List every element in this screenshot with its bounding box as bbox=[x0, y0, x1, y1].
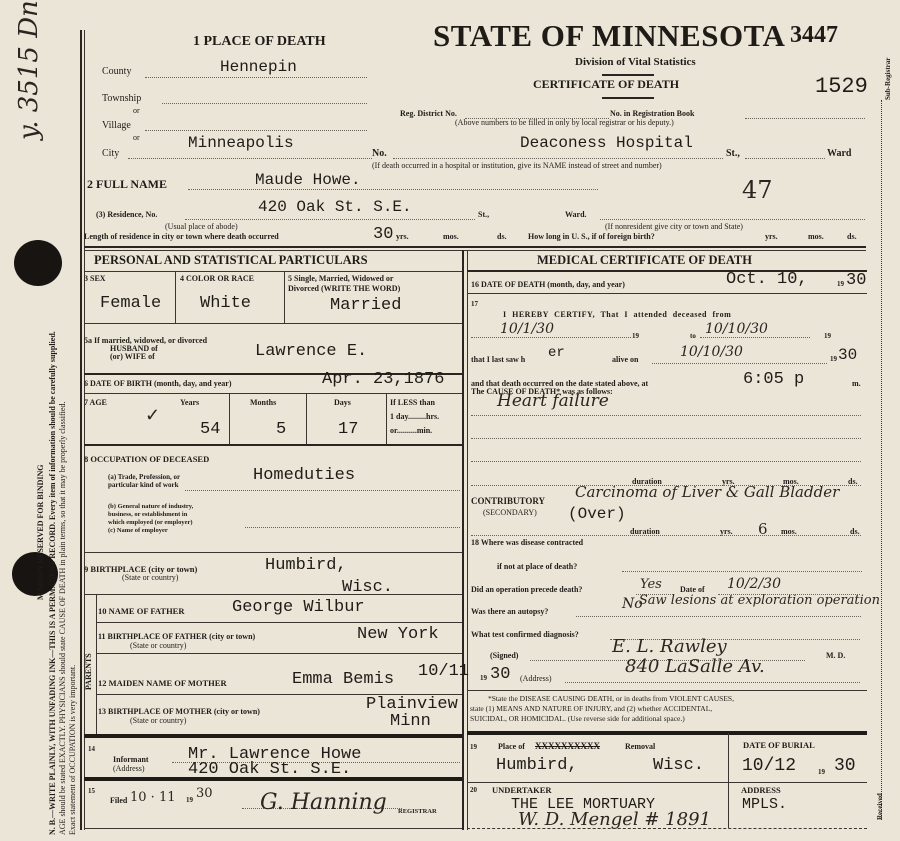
footnote-rule bbox=[467, 731, 867, 735]
age-label: 7 AGE bbox=[84, 398, 107, 407]
age-col-3 bbox=[386, 393, 387, 444]
ward-label: Ward bbox=[827, 148, 851, 159]
removal-suffix: Removal bbox=[625, 742, 655, 751]
ward-line bbox=[745, 158, 825, 159]
row-rule-11 bbox=[84, 777, 462, 781]
footnote-3: SUICIDAL, OR HOMICIDAL. (Use reverse sid… bbox=[470, 714, 685, 723]
bottom-rule-left bbox=[84, 828, 462, 829]
race-value: White bbox=[200, 294, 251, 313]
cause-line-1 bbox=[471, 415, 861, 416]
race-marital-divider bbox=[284, 271, 285, 323]
registrar-label: REGISTRAR bbox=[398, 808, 437, 815]
frame-left-inner bbox=[84, 30, 85, 830]
signed-label: (Signed) bbox=[490, 651, 518, 660]
personal-title-rule bbox=[84, 271, 462, 272]
last-saw-date: 10/10/30 bbox=[680, 344, 743, 360]
margin-warning-line-3: Exact statement of OCCUPATION is very im… bbox=[68, 665, 77, 835]
margin-binding-notice: MARGIN RESERVED FOR BINDING bbox=[36, 464, 45, 600]
contributory-label: CONTRIBUTORY bbox=[471, 496, 545, 506]
occ-b-label-1: (b) General nature of industry, bbox=[108, 503, 193, 510]
registration-book-line bbox=[745, 118, 865, 119]
to-label: to bbox=[690, 332, 696, 340]
one-day-label: 1 day.........hrs. bbox=[390, 412, 439, 421]
age-years-label: Years bbox=[180, 398, 199, 407]
death-time: 6:05 p bbox=[743, 370, 804, 389]
duration-line-2 bbox=[471, 535, 861, 536]
undertaker-address: MPLS. bbox=[742, 796, 787, 813]
undertaker-address-label: ADDRESS bbox=[741, 785, 781, 795]
or-label-1: or bbox=[133, 106, 140, 115]
address-label: (Address) bbox=[520, 674, 552, 683]
column-divider bbox=[462, 250, 464, 830]
signed-19: 19 bbox=[480, 674, 487, 682]
street-st-label: St., bbox=[726, 148, 740, 159]
city-line bbox=[128, 158, 372, 159]
parents-divider bbox=[96, 594, 97, 734]
residence-st-label: St., bbox=[478, 210, 489, 219]
address-rule bbox=[467, 690, 867, 691]
sex-race-divider bbox=[175, 271, 176, 323]
row-rule-3 bbox=[84, 393, 462, 394]
title-rule-bottom bbox=[602, 97, 654, 99]
header-divider bbox=[84, 246, 866, 248]
cert-17-number: 17 bbox=[471, 300, 478, 308]
over-note: (Over) bbox=[568, 505, 626, 523]
occ-b-label-3: which employed (or employer) bbox=[108, 519, 193, 526]
autopsy-label: Was there an autopsy? bbox=[471, 607, 548, 616]
confirmed-value: Saw lesions at exploration operation bbox=[610, 588, 880, 614]
marital-value: Married bbox=[330, 296, 401, 315]
occ-c-label: (c) Name of employer bbox=[108, 527, 168, 534]
duration-ds-1: ds. bbox=[848, 477, 858, 486]
attended-to-19: 19 bbox=[824, 332, 831, 340]
how-long-us-label: How long in U. S., if of foreign birth? bbox=[528, 232, 655, 241]
spouse-label-3: (or) WIFE of bbox=[110, 352, 155, 361]
us-ds-label: ds. bbox=[847, 232, 857, 241]
length-ds-label: ds. bbox=[497, 232, 507, 241]
burial-divider bbox=[728, 733, 729, 828]
county-value: Hennepin bbox=[220, 58, 297, 76]
mother-bp-state: Minn bbox=[390, 712, 431, 731]
industry-line bbox=[245, 527, 460, 528]
attended-from-line bbox=[471, 337, 631, 338]
age-checkmark: ✓ bbox=[145, 405, 160, 426]
attended-from: 10/1/30 bbox=[500, 321, 554, 337]
last-saw-year: 30 bbox=[838, 346, 857, 364]
institution-value: Deaconess Hospital bbox=[520, 134, 693, 152]
physician-signature: E. L. Rawley bbox=[612, 636, 727, 657]
full-name-label: 2 FULL NAME bbox=[87, 177, 167, 192]
undertaker-number: 20 bbox=[470, 786, 477, 794]
township-line bbox=[162, 103, 367, 104]
margin-warning-line-1: N. B.—WRITE PLAINLY, WITH UNFADING INK—T… bbox=[48, 331, 57, 835]
margin-handwritten-note: y. 3515 Dnx bbox=[14, 0, 44, 140]
removal-rule bbox=[467, 782, 867, 783]
signed-year: 30 bbox=[490, 665, 510, 684]
certificate-title: CERTIFICATE OF DEATH bbox=[533, 77, 679, 92]
footnote-2: state (1) MEANS AND NATURE OF INJURY, an… bbox=[470, 704, 712, 713]
cause-line-2 bbox=[471, 438, 861, 439]
removal-number: 19 bbox=[470, 743, 477, 751]
us-mos-label: mos. bbox=[808, 232, 824, 241]
cause-line-3 bbox=[471, 461, 861, 462]
row-rule-6 bbox=[84, 594, 462, 595]
last-saw-her: er bbox=[548, 345, 565, 361]
attended-to-line bbox=[700, 337, 810, 338]
informant-address-label: (Address) bbox=[113, 764, 145, 773]
registrar-note: (Above numbers to be filled in only by l… bbox=[455, 118, 674, 127]
last-saw-label: that I last saw h bbox=[471, 355, 525, 364]
margin-subregistrar: Sub-Registrar bbox=[884, 58, 892, 100]
registrar-signature: G. Hanning bbox=[260, 790, 387, 815]
last-saw-line bbox=[652, 363, 827, 364]
burial-year: 30 bbox=[834, 756, 856, 776]
reg-district-label: Reg. District No. bbox=[400, 109, 457, 118]
residence-ward-label: Ward. bbox=[565, 210, 587, 219]
stamped-number: 3447 bbox=[790, 22, 838, 49]
village-line bbox=[145, 130, 367, 131]
age-years-value: 54 bbox=[200, 420, 220, 439]
birthplace-city: Humbird, bbox=[265, 556, 347, 575]
footnote-1: *State the DISEASE CAUSING DEATH, or in … bbox=[488, 694, 734, 703]
contributory-value: Carcinoma of Liver & Gall Bladder bbox=[575, 483, 839, 501]
autopsy-line bbox=[576, 616, 861, 617]
title-rule-top bbox=[602, 74, 654, 76]
street-no-label: No. bbox=[372, 148, 387, 159]
residence-value: 420 Oak St. S.E. bbox=[258, 198, 412, 216]
or-min-label: or..........min. bbox=[390, 426, 432, 435]
sex-value: Female bbox=[100, 294, 161, 313]
row-rule-4 bbox=[84, 444, 462, 446]
county-line bbox=[145, 77, 367, 78]
marital-label-1: 5 Single, Married, Widowed or bbox=[288, 274, 393, 283]
less-than-label: If LESS than bbox=[390, 398, 435, 407]
full-name-line bbox=[188, 189, 598, 190]
dob-label: 6 DATE OF BIRTH (month, day, and year) bbox=[84, 379, 232, 388]
filed-date: 10 · 11 bbox=[130, 790, 175, 805]
occupation-value: Homeduties bbox=[253, 466, 355, 485]
removal-city: Humbird, bbox=[496, 756, 578, 775]
filed-year: 30 bbox=[196, 786, 213, 801]
contributory-months: 6 bbox=[758, 520, 768, 538]
age-col-1 bbox=[229, 393, 230, 444]
certificate-number: 1529 bbox=[815, 74, 868, 99]
occupation-line bbox=[185, 490, 460, 491]
secondary-label: (SECONDARY) bbox=[483, 508, 537, 517]
column-divider-2 bbox=[467, 250, 468, 830]
cause-value: Heart failure bbox=[497, 391, 609, 411]
row-rule-1 bbox=[84, 323, 462, 324]
dod-year: 30 bbox=[846, 271, 866, 290]
filed-label: Filed bbox=[110, 796, 127, 805]
occ-a-label-2: particular kind of work bbox=[108, 481, 178, 489]
confirmed-label: What test confirmed diagnosis? bbox=[471, 630, 579, 639]
mother-label: 12 MAIDEN NAME OF MOTHER bbox=[98, 678, 227, 688]
length-mos-label: mos. bbox=[443, 232, 459, 241]
county-label: County bbox=[102, 66, 131, 77]
age-months-label: Months bbox=[250, 398, 276, 407]
attended-to: 10/10/30 bbox=[705, 321, 768, 337]
filed-number: 15 bbox=[88, 787, 95, 795]
dod-label: 16 DATE OF DEATH (month, day, and year) bbox=[471, 280, 625, 289]
parents-label: PARENTS bbox=[84, 653, 93, 690]
occ-b-label-2: business, or establishment in bbox=[108, 511, 187, 518]
header-divider-2 bbox=[84, 250, 866, 251]
margin-warning-line-2: AGE should be stated EXACTLY. PHYSICIANS… bbox=[58, 402, 67, 835]
burial-19: 19 bbox=[818, 768, 825, 776]
age-days-value: 17 bbox=[338, 420, 358, 439]
undertaker-signature: W. D. Mengel # 1891 bbox=[518, 809, 711, 830]
where-contracted-line bbox=[622, 571, 862, 572]
father-bp-value: New York bbox=[357, 625, 439, 644]
state-title: STATE OF MINNESOTA bbox=[433, 18, 785, 54]
bottom-rule-right bbox=[467, 828, 867, 829]
where-contracted-label: 18 Where was disease contracted bbox=[471, 538, 583, 547]
certify-text: I HEREBY CERTIFY, That I attended deceas… bbox=[503, 310, 731, 319]
full-name-value: Maude Howe. bbox=[255, 171, 361, 189]
spouse-value: Lawrence E. bbox=[255, 342, 367, 361]
age-col-2 bbox=[306, 393, 307, 444]
removal-prefix: Place of bbox=[498, 742, 525, 751]
or-label-2: or bbox=[133, 133, 140, 142]
age-days-label: Days bbox=[334, 398, 351, 407]
length-residence-value: 30 bbox=[373, 225, 393, 244]
burial-date: 10/12 bbox=[742, 756, 796, 776]
length-residence-label: Length of residence in city or town wher… bbox=[84, 232, 279, 241]
institution-note: (If death occurred in a hospital or inst… bbox=[372, 161, 662, 170]
duration-ds-2: ds. bbox=[850, 527, 860, 536]
length-yrs-label: yrs. bbox=[396, 232, 409, 241]
frame-right-border bbox=[881, 100, 882, 820]
township-label: Township bbox=[102, 93, 141, 104]
residence-line bbox=[185, 219, 475, 220]
margin-received: Received bbox=[876, 793, 884, 820]
father-value: George Wilbur bbox=[232, 598, 365, 617]
occupation-label: 8 OCCUPATION OF DECEASED bbox=[84, 454, 209, 464]
removal-struck: XXXXXXXXXX bbox=[535, 741, 600, 751]
marital-label-2: Divorced (WRITE THE WORD) bbox=[288, 284, 400, 293]
father-label: 10 NAME OF FATHER bbox=[98, 606, 185, 616]
removal-state: Wisc. bbox=[653, 756, 704, 775]
row-rule-10 bbox=[84, 734, 462, 738]
operation-label: Did an operation precede death? bbox=[471, 585, 582, 594]
binding-hole-top bbox=[14, 240, 62, 286]
last-saw-19: 19 bbox=[830, 355, 837, 363]
row-rule-8 bbox=[96, 653, 462, 654]
residence-ward-line bbox=[600, 219, 865, 220]
residence-label: (3) Residence, No. bbox=[96, 210, 157, 219]
mother-bp-label: 13 BIRTHPLACE OF MOTHER (city or town) bbox=[98, 707, 260, 716]
undertaker-label: UNDERTAKER bbox=[492, 785, 552, 795]
street-line bbox=[393, 158, 723, 159]
row-rule-7 bbox=[96, 622, 462, 623]
registration-book-label: No. in Registration Book bbox=[610, 109, 694, 118]
dob-value: Apr. 23,1876 bbox=[322, 370, 444, 389]
usual-place-note: (Usual place of abode) bbox=[165, 222, 238, 231]
not-at-place-label: if not at place of death? bbox=[497, 562, 577, 571]
informant-number: 14 bbox=[88, 745, 95, 753]
occ-a-label-1: (a) Trade, Profession, or bbox=[108, 473, 180, 481]
father-bp-label: 11 BIRTHPLACE OF FATHER (city or town) bbox=[98, 632, 255, 641]
medical-section-title: MEDICAL CERTIFICATE OF DEATH bbox=[537, 253, 752, 268]
alive-on-label: alive on bbox=[612, 355, 638, 364]
m-label: m. bbox=[852, 379, 861, 388]
us-yrs-label: yrs. bbox=[765, 232, 778, 241]
father-bp-sub: (State or country) bbox=[130, 641, 186, 650]
filed-19: 19 bbox=[186, 796, 193, 804]
division-label: Division of Vital Statistics bbox=[575, 56, 696, 68]
dod-rule bbox=[467, 293, 867, 294]
md-label: M. D. bbox=[826, 651, 845, 660]
birthplace-sub: (State or country) bbox=[122, 573, 178, 582]
row-rule-5 bbox=[84, 552, 462, 553]
frame-left-border bbox=[80, 30, 82, 830]
burial-date-label: DATE OF BURIAL bbox=[743, 740, 815, 750]
nonresident-note: (If nonresident give city or town and St… bbox=[605, 222, 743, 231]
informant-label: Informant bbox=[113, 755, 149, 764]
personal-section-title: PERSONAL AND STATISTICAL PARTICULARS bbox=[94, 253, 368, 268]
duration-mos-2: mos. bbox=[781, 527, 797, 536]
race-label: 4 COLOR OR RACE bbox=[180, 274, 254, 283]
place-of-death-heading: 1 PLACE OF DEATH bbox=[193, 34, 326, 50]
village-label: Village bbox=[102, 120, 131, 131]
sex-label: 3 SEX bbox=[84, 274, 106, 283]
signed-date-overlap: 10/11 bbox=[418, 662, 469, 681]
age-months-value: 5 bbox=[276, 420, 286, 439]
physician-address: 840 LaSalle Av. bbox=[625, 656, 765, 677]
attended-from-19: 19 bbox=[632, 332, 639, 340]
mother-value: Emma Bemis bbox=[292, 670, 394, 689]
city-label: City bbox=[102, 148, 119, 159]
city-value: Minneapolis bbox=[188, 134, 294, 152]
mother-bp-sub: (State or country) bbox=[130, 716, 186, 725]
dod-19: 19 bbox=[837, 280, 844, 288]
duration-yrs-2: yrs. bbox=[720, 527, 733, 536]
dod-value: Oct. 10, bbox=[726, 270, 808, 289]
handwritten-number: 47 bbox=[742, 176, 773, 204]
address-line bbox=[565, 682, 860, 683]
